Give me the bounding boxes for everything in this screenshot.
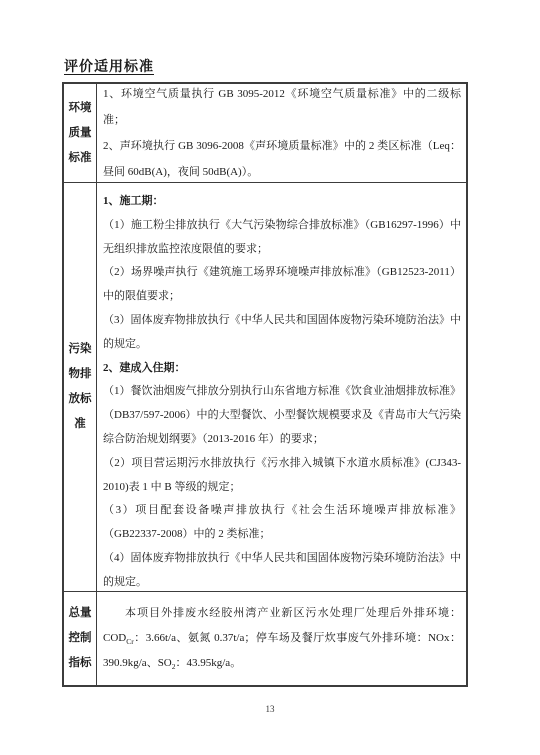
paragraph: （2）场界噪声执行《建筑施工场界环境噪声排放标准》（GB12523-2011）中… (103, 261, 461, 309)
paragraph: （1）餐饮油烟废气排放分别执行山东省地方标准《饮食业油烟排放标准》（DB37/5… (103, 380, 461, 451)
row-header-text: 控制 (69, 626, 92, 651)
row-header-text: 污染 (69, 337, 92, 362)
row-header: 总量控制指标 (64, 592, 97, 685)
row-header-text: 准 (74, 412, 86, 437)
standards-table: 环境质量标准1、环境空气质量执行 GB 3095-2012《环境空气质量标准》中… (62, 82, 468, 687)
subscript-text: Cr (126, 637, 134, 646)
paragraph: 1、环境空气质量执行 GB 3095-2012《环境空气质量标准》中的二级标准； (103, 81, 461, 133)
row-header: 环境质量标准 (64, 84, 97, 182)
row-header-text: 放标 (69, 387, 92, 412)
row-header-text: 标准 (69, 146, 92, 171)
paragraph-text: ：43.95kg/a。 (176, 657, 242, 669)
table-row: 环境质量标准1、环境空气质量执行 GB 3095-2012《环境空气质量标准》中… (64, 84, 466, 182)
paragraph: （4）固体废弃物排放执行《中华人民共和国固体废物污染环境防治法》中的规定。 (103, 547, 461, 595)
paragraph: （3）固体废弃物排放执行《中华人民共和国固体废物污染环境防治法》中的规定。 (103, 309, 461, 357)
paragraph: 2、建成入住期： (103, 357, 461, 381)
paragraph: （2）项目营运期污水排放执行《污水排入城镇下水道水质标准》(CJ343-2010… (103, 452, 461, 500)
paragraph-text: ：3.66t/a、氨氮 0.37t/a；停车场及餐厅炊事废气外排环境：NOx：3… (103, 632, 461, 669)
row-header-text: 物排 (69, 362, 92, 387)
row-header-text: 指标 (69, 651, 92, 676)
table-row: 污染物排放标准1、施工期：（1）施工粉尘排放执行《大气污染物综合排放标准》（GB… (64, 182, 466, 591)
row-content: 1、施工期：（1）施工粉尘排放执行《大气污染物综合排放标准》（GB16297-1… (97, 183, 466, 591)
page-number: 13 (0, 704, 540, 714)
paragraph: 1、施工期： (103, 190, 461, 214)
table-row: 总量控制指标本项目外排废水经胶州湾产业新区污水处理厂处理后外排环境：CODCr：… (64, 591, 466, 685)
row-header-text: 环境 (69, 96, 92, 121)
row-header-text: 质量 (69, 121, 92, 146)
row-content: 本项目外排废水经胶州湾产业新区污水处理厂处理后外排环境：CODCr：3.66t/… (97, 592, 466, 685)
row-content: 1、环境空气质量执行 GB 3095-2012《环境空气质量标准》中的二级标准；… (97, 84, 466, 182)
row-header-text: 总量 (69, 601, 92, 626)
paragraph: 2、声环境执行 GB 3096-2008《声环境质量标准》中的 2 类区标准（L… (103, 133, 461, 185)
document-page: 评价适用标准 环境质量标准1、环境空气质量执行 GB 3095-2012《环境空… (0, 0, 540, 755)
row-header: 污染物排放标准 (64, 183, 97, 591)
paragraph: 本项目外排废水经胶州湾产业新区污水处理厂处理后外排环境：CODCr：3.66t/… (103, 601, 461, 676)
paragraph: （3）项目配套设备噪声排放执行《社会生活环境噪声排放标准》（GB22337-20… (103, 499, 461, 547)
page-title: 评价适用标准 (64, 56, 154, 76)
paragraph: （1）施工粉尘排放执行《大气污染物综合排放标准》（GB16297-1996）中无… (103, 214, 461, 262)
